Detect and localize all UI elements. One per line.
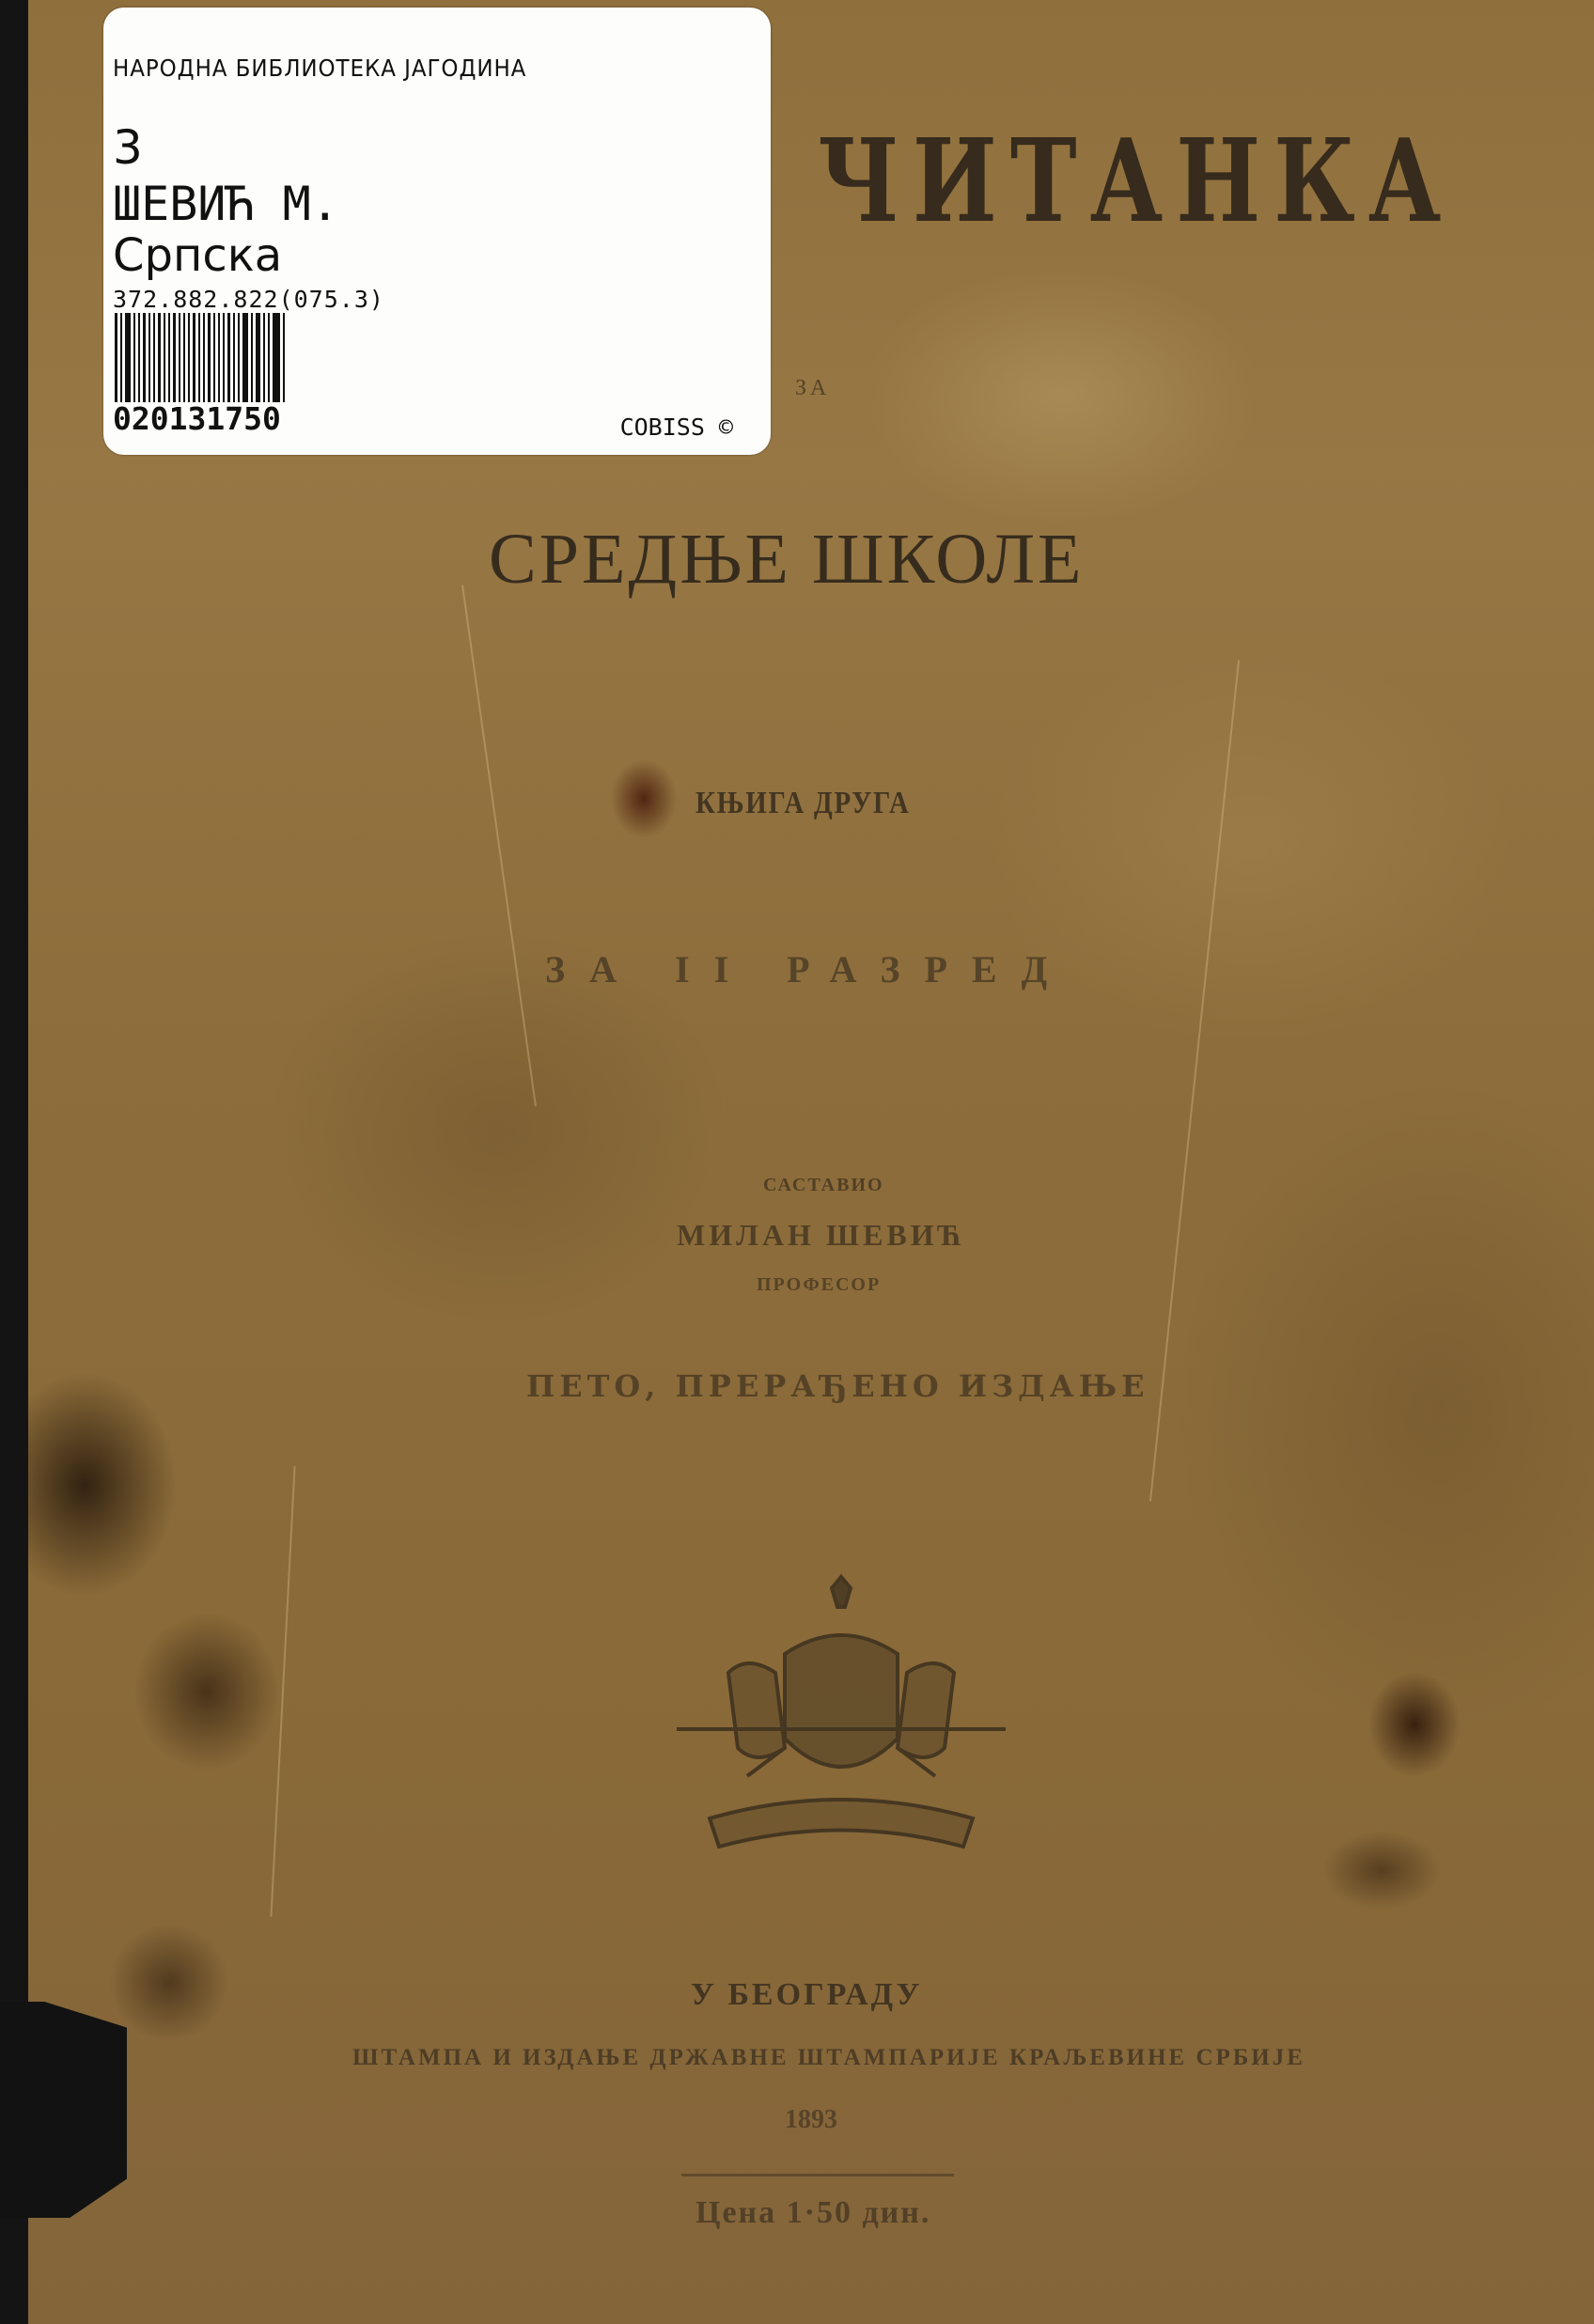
author-name: МИЛАН ШЕВИЋ — [677, 1218, 965, 1253]
edition-label: ПЕТО, ПРЕРАЂЕНО ИЗДАЊЕ — [526, 1368, 1149, 1404]
grade-label: ЗА II РАЗРЕД — [545, 947, 1071, 991]
book-spine — [0, 0, 28, 2324]
library-name: НАРОДНА БИБЛИОТЕКА ЈАГОДИНА — [113, 55, 526, 82]
publication-year: 1893 — [785, 2105, 837, 2135]
school-type: СРЕДЊЕ ШКОЛЕ — [489, 519, 1084, 600]
author-title: ПРОФЕСОР — [757, 1274, 881, 1296]
barcode — [115, 313, 354, 402]
paper-crease — [461, 585, 537, 1107]
publication-city: У БЕОГРАДУ — [691, 1977, 922, 2013]
udc-code: 372.882.822(075.3) — [113, 286, 384, 313]
cobiss-mark: COBISS © — [620, 413, 733, 441]
volume-label: КЊИГА ДРУГА — [695, 786, 911, 821]
paper-crease — [1149, 660, 1240, 1501]
barcode-number: 020131750 — [113, 400, 281, 437]
label-title: Српска — [113, 229, 282, 282]
price: Цена 1·50 дин. — [695, 2195, 930, 2231]
paper-crease — [270, 1466, 295, 1916]
divider — [681, 2174, 954, 2176]
torn-corner — [0, 2002, 127, 2218]
publisher: ШТАМПА И ИЗДАЊЕ ДРЖАВНЕ ШТАМПАРИЈЕ КРАЉЕ… — [340, 2045, 1318, 2071]
library-label: НАРОДНА БИБЛИОТЕКА ЈАГОДИНА 3 ШЕВИЋ М. С… — [103, 8, 771, 455]
for-word: ЗА — [795, 376, 830, 401]
book-title: ЧИТАНКА — [818, 113, 1454, 248]
compiled-by: САСТАВИО — [763, 1175, 884, 1196]
shelf-number: 3 — [113, 120, 143, 175]
label-author: ШЕВИЋ М. — [113, 177, 339, 231]
coat-of-arms-icon — [672, 1569, 1010, 1870]
